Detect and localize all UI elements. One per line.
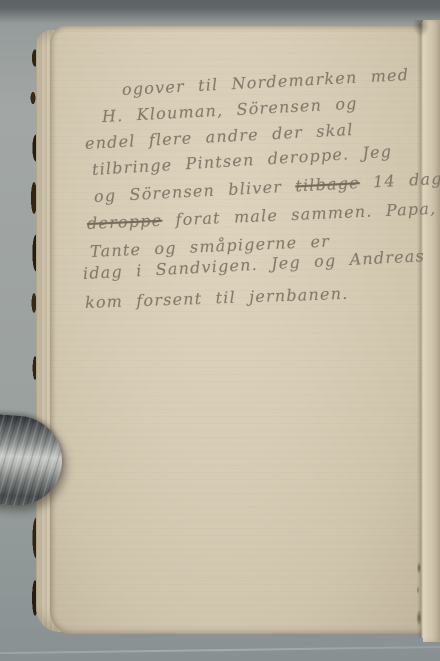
- handwriting-word-struck: tilbage: [295, 173, 360, 195]
- handwriting-word-struck: deroppe: [87, 211, 163, 233]
- handwriting-word: ogover til Nordemarken med: [122, 65, 410, 99]
- handwriting-word: og Sörensen bliver: [94, 176, 296, 206]
- handwriting-text-block: ogover til Nordemarken medH. Klouman, Sö…: [0, 0, 440, 661]
- handwriting-word: kom forsent til jernbanen.: [85, 284, 349, 312]
- handwriting-line: ogover til Nordemarken med: [122, 65, 410, 99]
- handwriting-line: kom forsent til jernbanen.: [85, 284, 349, 312]
- handwriting-word: forat male sammen. Papa,: [162, 199, 437, 230]
- photo-of-notebook-page: ogover til Nordemarken medH. Klouman, Sö…: [0, 0, 440, 661]
- handwriting-word: 14 dage: [359, 168, 440, 192]
- handwriting-line: deroppe forat male sammen. Papa,: [87, 199, 437, 233]
